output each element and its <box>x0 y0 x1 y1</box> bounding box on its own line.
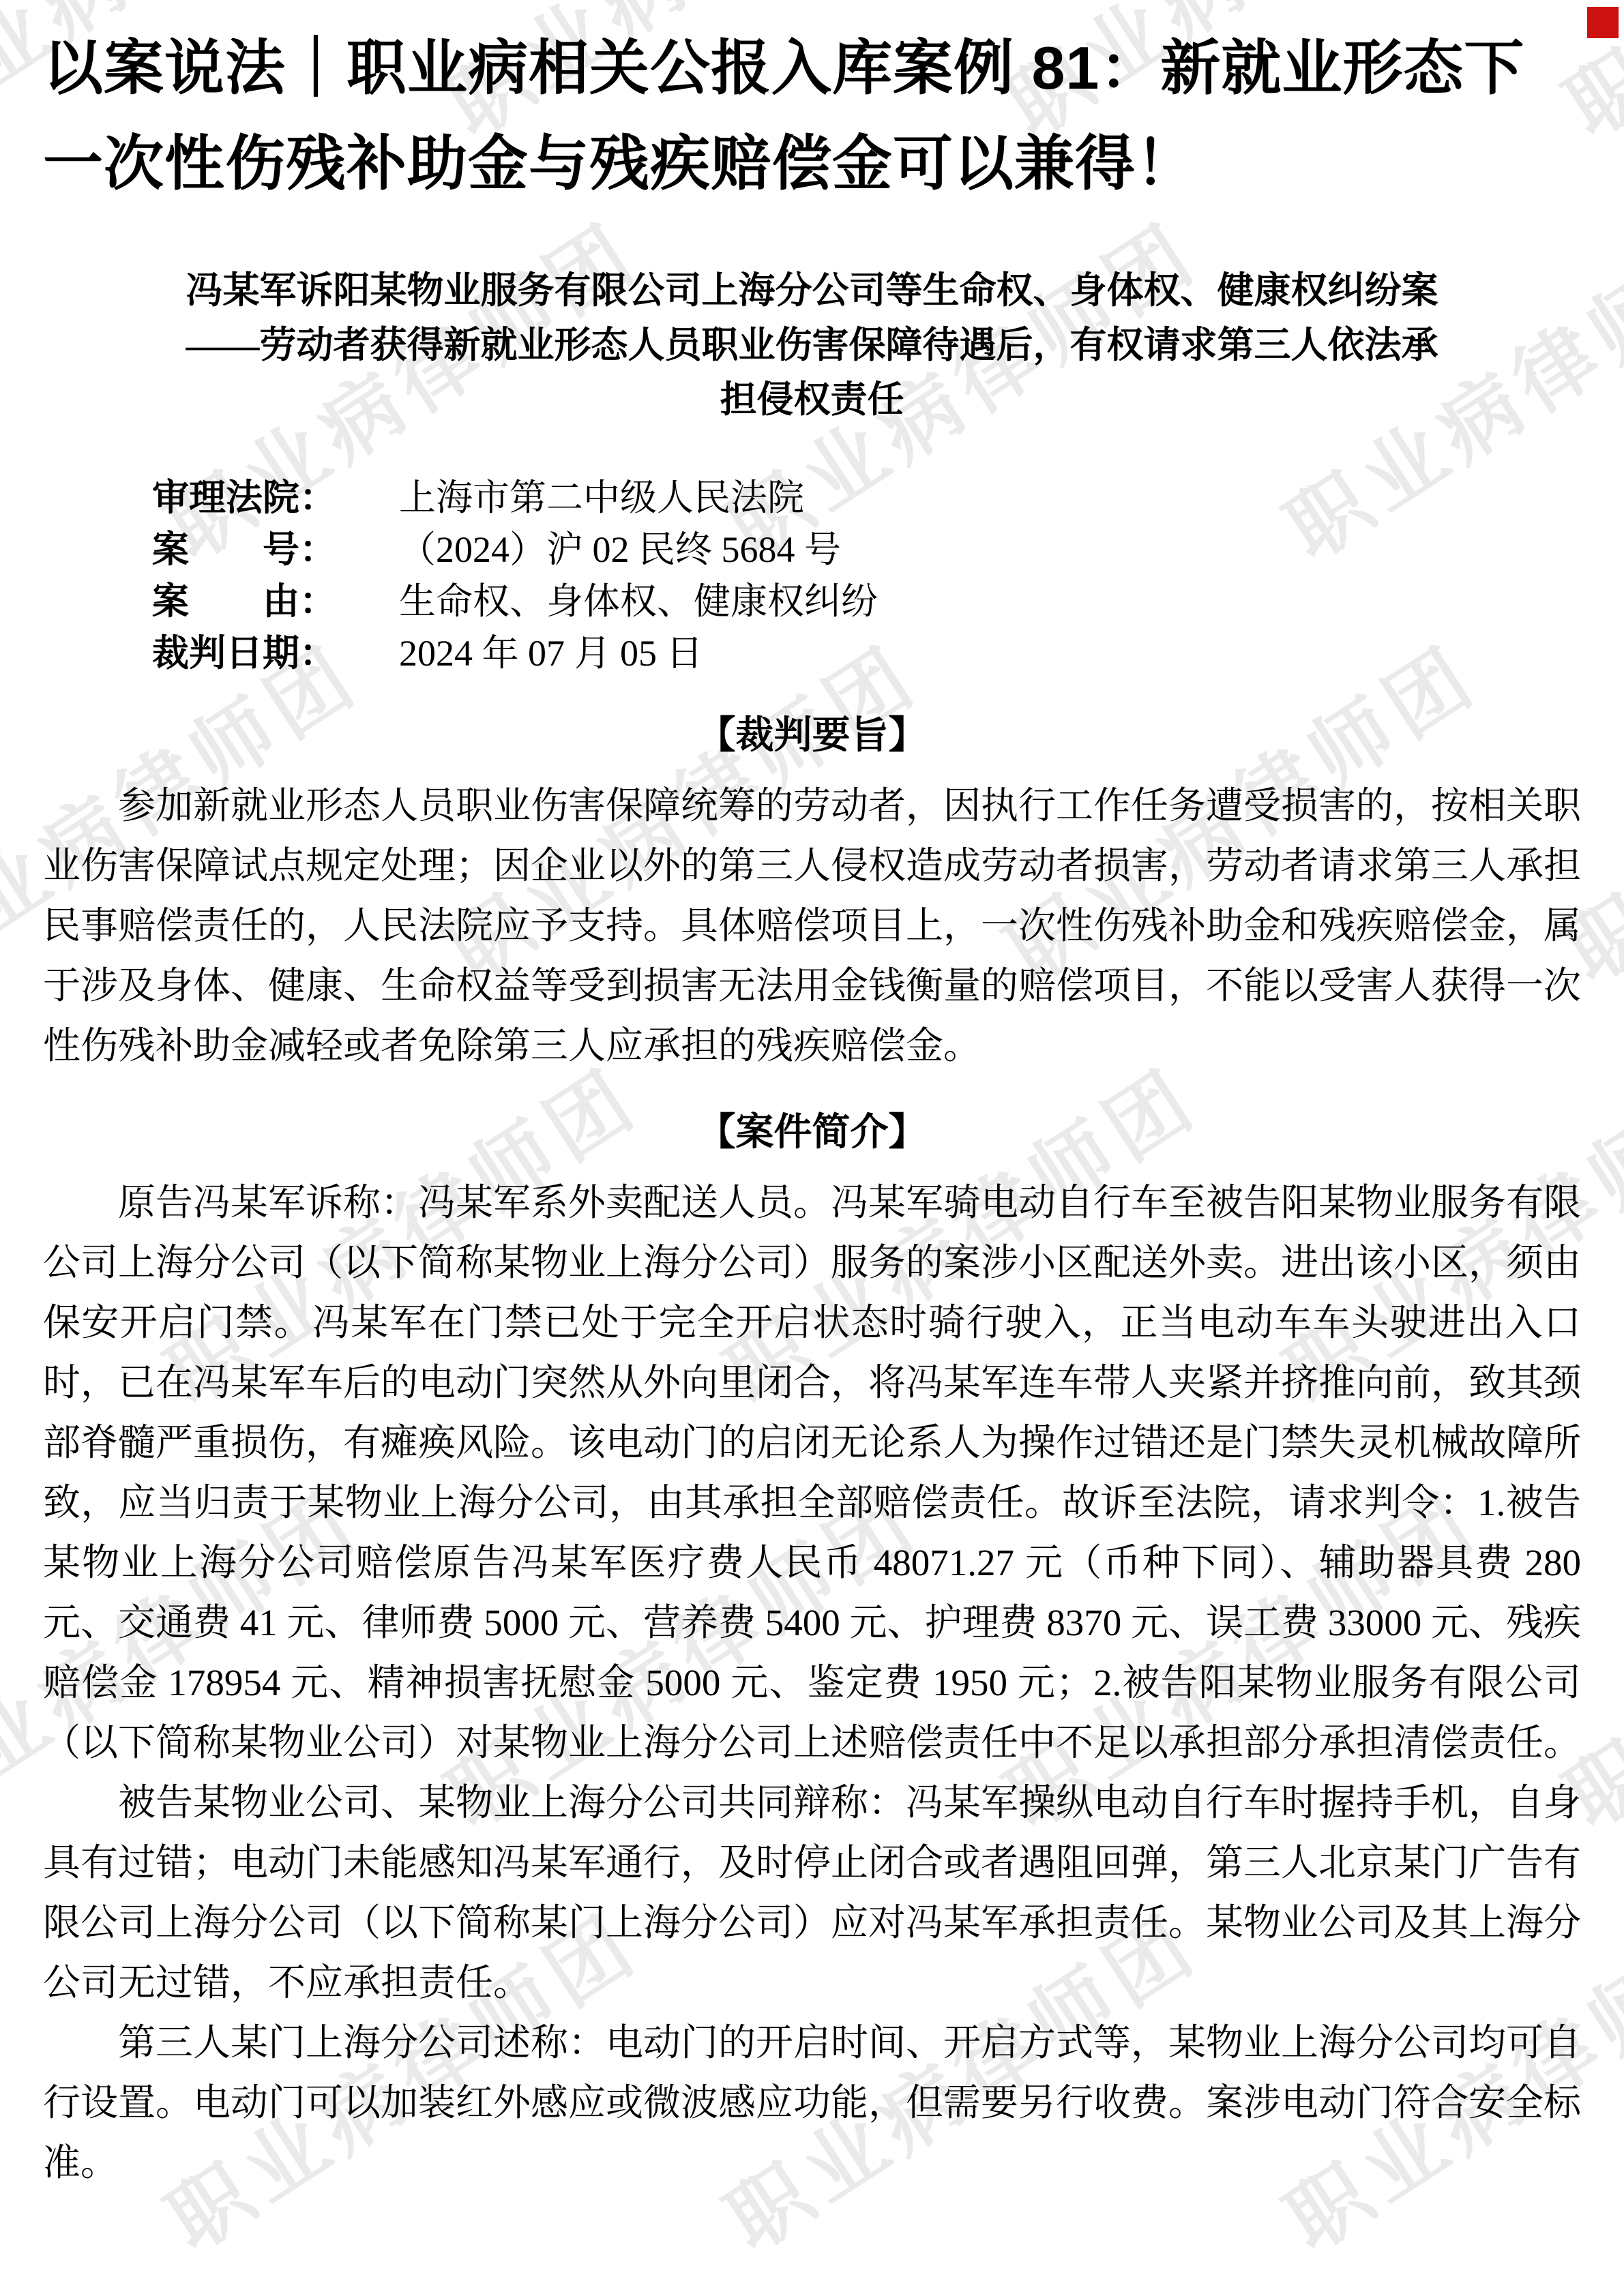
holding-paragraph: 参加新就业形态人员职业伤害保障统筹的劳动者，因执行工作任务遭受损害的，按相关职业… <box>43 776 1581 1076</box>
page-title: 以案说法｜职业病相关公报入库案例 81：新就业形态下 一次性伤残补助金与残疾赔偿… <box>43 20 1581 211</box>
meta-row-0: 审理法院：上海市第二中级人民法院 <box>43 472 1581 524</box>
brief-paragraph-defendants: 被告某物业公司、某物业上海分公司共同辩称：冯某军操纵电动自行车时握持手机，自身具… <box>43 1773 1581 2013</box>
case-subtitle-line2: ——劳动者获得新就业形态人员职业伤害保障待遇后，有权请求第三人依法承 <box>43 318 1581 372</box>
red-marker <box>1587 7 1619 38</box>
meta-label: 案 由： <box>152 576 357 627</box>
meta-value: 2024 年 07 月 05 日 <box>399 627 703 679</box>
meta-value: 生命权、身体权、健康权纠纷 <box>399 576 878 627</box>
meta-value: （2024）沪 02 民终 5684 号 <box>399 524 841 576</box>
page-title-line1: 以案说法｜职业病相关公报入库案例 81：新就业形态下 <box>43 20 1581 116</box>
meta-value: 上海市第二中级人民法院 <box>399 472 804 524</box>
meta-label: 案 号： <box>152 524 357 576</box>
case-subtitle-line1: 冯某军诉阳某物业服务有限公司上海分公司等生命权、身体权、健康权纠纷案 <box>43 263 1581 318</box>
section-heading-holding: 【裁判要旨】 <box>43 713 1581 758</box>
meta-row-2: 案 由：生命权、身体权、健康权纠纷 <box>43 576 1581 627</box>
meta-row-1: 案 号：（2024）沪 02 民终 5684 号 <box>43 524 1581 576</box>
case-subtitle: 冯某军诉阳某物业服务有限公司上海分公司等生命权、身体权、健康权纠纷案 ——劳动者… <box>43 263 1581 427</box>
document-content: 以案说法｜职业病相关公报入库案例 81：新就业形态下 一次性伤残补助金与残疾赔偿… <box>0 0 1624 2193</box>
meta-row-3: 裁判日期：2024 年 07 月 05 日 <box>43 627 1581 679</box>
brief-paragraph-plaintiff: 原告冯某军诉称：冯某军系外卖配送人员。冯某军骑电动自行车至被告阳某物业服务有限公… <box>43 1173 1581 1773</box>
page-title-line2: 一次性伤残补助金与残疾赔偿金可以兼得！ <box>43 116 1581 211</box>
meta-label: 审理法院： <box>152 472 357 524</box>
brief-paragraph-third-party: 第三人某门上海分公司述称：电动门的开启时间、开启方式等，某物业上海分公司均可自行… <box>43 2013 1581 2193</box>
section-heading-brief: 【案件简介】 <box>43 1110 1581 1155</box>
case-subtitle-line3: 担侵权责任 <box>43 372 1581 427</box>
meta-label: 裁判日期： <box>152 627 357 679</box>
document-page: 职业病律师团职业病律师团职业病律师团职业病律师团职业病律师团职业病律师团职业病律… <box>0 0 1624 2296</box>
case-meta-table: 审理法院：上海市第二中级人民法院案 号：（2024）沪 02 民终 5684 号… <box>43 472 1581 679</box>
